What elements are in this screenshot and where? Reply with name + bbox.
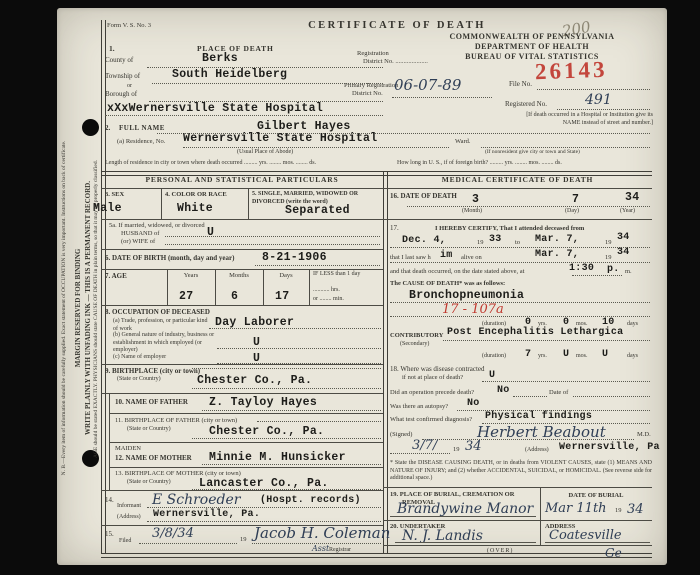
burial-date-value: Mar 11th	[545, 501, 607, 516]
occupation-b-label: (b) General nature of industry, business…	[113, 332, 215, 355]
abode-note: (Usual Place of Abode)	[237, 149, 293, 157]
md-label: M.D.	[637, 431, 651, 439]
operation-label: Did an operation precede death?	[390, 389, 474, 397]
informant-number: 14.	[105, 496, 114, 505]
signed-year-prefix: 19	[453, 446, 460, 454]
last-saw-fill: im	[440, 250, 453, 261]
filed-number: 15.	[105, 530, 114, 539]
spouse-label: 5a. If married, widowed, or divorced	[109, 222, 205, 230]
burial-date-year: 34	[627, 502, 644, 517]
test-value: Physical findings	[485, 411, 592, 422]
commonwealth-line: COMMONWEALTH OF PENNSYLVANIA	[412, 32, 652, 42]
signed-label: (Signed)	[390, 431, 412, 439]
physician-address-label: (Address)	[525, 447, 549, 455]
maiden-label: MAIDEN	[115, 445, 141, 453]
dod-year-label: (Year)	[620, 208, 635, 216]
foreign-birth-line: How long in U. S., if of foreign birth? …	[397, 160, 562, 168]
last-saw-date: Mar. 7,	[535, 249, 579, 260]
duration2-label: (duration)	[482, 353, 506, 361]
age-less-label: IF LESS than 1 day	[313, 271, 381, 279]
birthplace-label2: (State or Country)	[117, 376, 161, 384]
date-of-death-label: 16. DATE OF DEATH	[390, 192, 457, 201]
burial-date-label: DATE OF BURIAL	[543, 492, 649, 500]
place-of-death-number: 1.	[109, 44, 115, 53]
county-label: County of	[105, 56, 133, 65]
contracted-label: 18. Where was disease contracted	[390, 365, 485, 374]
registered-no-value: 491	[585, 92, 612, 108]
mother-label: 12. NAME OF MOTHER	[115, 454, 192, 463]
primary-registration-label2: District No.	[352, 90, 383, 98]
certify-number: 17.	[390, 224, 399, 233]
last-saw-year: 34	[617, 247, 630, 258]
occupation-label: 8. OCCUPATION OF DECEASED	[105, 308, 210, 317]
duration2-months: U	[563, 349, 569, 360]
registration-district-label: Registration	[357, 50, 389, 58]
informant-label: Informant	[117, 503, 141, 511]
medical-section-header: MEDICAL CERTIFICATE OF DEATH	[383, 175, 652, 184]
cause-of-death-label: The CAUSE OF DEATH* was as follows:	[390, 280, 505, 288]
duration2-days: U	[602, 349, 608, 360]
margin-note-binding: MARGIN RESERVED FOR BINDING	[74, 92, 83, 524]
age-days-label: Days	[263, 272, 309, 280]
registrar-prefix: Asst	[312, 544, 329, 553]
autopsy-value: No	[467, 398, 480, 409]
informant-note: (Hospt. records)	[260, 495, 361, 506]
certificate-title: CERTIFICATE OF DEATH	[297, 20, 497, 31]
duration1-days-label: days	[627, 321, 638, 329]
age-years-label: Years	[167, 272, 215, 280]
attended-from-year: 33	[489, 234, 502, 245]
handwritten-check-mark: Ge	[605, 546, 622, 560]
age-hrs-line: ........... hrs.	[313, 287, 340, 295]
county-value: Berks	[202, 52, 238, 65]
operation-value: No	[497, 385, 510, 396]
form-bottom-border	[101, 553, 652, 558]
burial-place-label: 19. PLACE OF BURIAL, CREMATION OR	[390, 491, 514, 499]
dod-year-value: 34	[625, 191, 639, 204]
race-value: White	[177, 202, 213, 215]
residence-value: Wernersville State Hospital	[183, 132, 377, 145]
dod-month-label: (Month)	[462, 208, 482, 216]
operation-date-label: Date of	[549, 389, 568, 397]
birthplace-label: 9. BIRTHPLACE (city or town)	[105, 367, 200, 376]
duration2-yrs-label: yrs.	[538, 353, 547, 361]
signed-year: 34	[465, 439, 482, 454]
occupation-c-label: (c) Name of employer	[113, 354, 166, 362]
dod-day-label: (Day)	[565, 208, 579, 216]
duration2-years: 7	[525, 349, 531, 360]
burial-place-value: Brandywine Manor	[397, 501, 533, 517]
physician-address-value: Wernersville, Pa	[559, 442, 660, 453]
margin-note-nb: N. B.—Every item of information should b…	[61, 92, 75, 524]
township-label: Township of	[105, 72, 140, 81]
file-no-label: File No.	[509, 80, 532, 89]
signed-date: 3/7/	[412, 438, 437, 453]
m-label: m.	[625, 268, 632, 276]
borough-label: Borough of	[105, 90, 137, 99]
filed-date: 3/8/34	[152, 526, 194, 541]
death-time-label: and that death occurred, on the date sta…	[390, 268, 524, 276]
form-left-border	[101, 20, 106, 553]
secondary-label: (Secondary)	[400, 341, 429, 349]
bureau-line: BUREAU OF VITAL STATISTICS	[412, 52, 652, 62]
duration2-days-label: days	[627, 353, 638, 361]
registrar-signature: Jacob H. Coleman	[254, 524, 390, 542]
death-time-value: 1:30	[569, 263, 594, 274]
township-value: South Heidelberg	[172, 68, 287, 81]
contributory-value: Post Encephalitis Lethargica	[447, 327, 623, 338]
filed-label: Filed	[119, 538, 131, 546]
certificate-paper: N. B.—Every item of information should b…	[57, 8, 667, 565]
margin-note-permanent: WRITE PLAINLY WITH UNFADING INK — THIS I…	[84, 92, 93, 524]
column-divider	[383, 171, 388, 553]
registrar-label: Registrar	[329, 547, 351, 555]
sex-value: Male	[93, 202, 122, 215]
over-label: (OVER)	[487, 548, 513, 556]
father-birthplace-label2: (State or Country)	[127, 426, 171, 434]
undertaker-address-value: Coatesville	[549, 528, 622, 543]
marital-value: Separated	[285, 204, 350, 217]
nonresident-note: (If nonresident give city or town and St…	[485, 149, 580, 156]
age-months-label: Months	[215, 272, 263, 280]
informant-address-label: (Address)	[117, 514, 141, 522]
photo-background: { "colors":{"stamp_red":"#c0392f","ink_b…	[0, 0, 700, 575]
race-label: 4. COLOR OR RACE	[165, 191, 227, 199]
contributory-label: CONTRIBUTORY	[390, 332, 443, 340]
ward-label: Ward.	[455, 138, 471, 146]
age-months-value: 6	[231, 290, 238, 303]
sex-label: 3. SEX	[105, 191, 124, 199]
cause-footnote: * State the DISEASE CAUSING DEATH, or in…	[390, 460, 652, 483]
personal-section-header: PERSONAL AND STATISTICAL PARTICULARS	[101, 175, 383, 184]
age-min-line: or ........ min.	[313, 296, 344, 304]
attended-to-year: 34	[617, 232, 630, 243]
occupation-a-label: (a) Trade, profession, or particular kin…	[113, 318, 209, 333]
certify-text: I HEREBY CERTIFY, That I attended deceas…	[435, 225, 584, 233]
full-name-number: 2.	[105, 124, 110, 133]
filed-year-prefix: 19	[240, 536, 247, 544]
primary-registration-value: 06-07-89	[394, 76, 461, 94]
spouse-value: U	[207, 226, 214, 239]
registration-district-label2: District No. ....................	[363, 58, 428, 66]
department-line: DEPARTMENT OF HEALTH	[412, 42, 652, 52]
residence-label: (a) Residence, No.	[117, 138, 165, 146]
duration2-mos-label: mos.	[576, 353, 588, 361]
mother-birthplace-label2: (State or Country)	[127, 479, 171, 487]
institution-note: [If death occurred in a Hospital or Inst…	[525, 112, 653, 127]
age-years-value: 27	[179, 290, 193, 303]
test-label: What test confirmed diagnosis?	[390, 416, 472, 424]
father-birthplace-label: 11. BIRTHPLACE OF FATHER (city or town)	[115, 417, 237, 425]
attended-from-value: Dec. 4,	[402, 235, 446, 246]
father-label: 10. NAME OF FATHER	[115, 398, 188, 407]
contracted-label2: if not at place of death?	[402, 374, 463, 382]
autopsy-label: Was there an autopsy?	[390, 403, 448, 411]
father-value: Z. Tayloy Hayes	[209, 396, 317, 409]
attended-to-value: Mar. 7,	[535, 234, 579, 245]
burial-date-year-prefix: 19	[615, 507, 622, 515]
registered-no-label: Registered No.	[505, 100, 547, 109]
informant-address-value: Wernersville, Pa.	[153, 509, 260, 520]
age-days-value: 17	[275, 290, 289, 303]
residence-length-line: Length of residence in city or town wher…	[105, 160, 316, 168]
birth-date-value: 8-21-1906	[262, 251, 327, 264]
file-number-stamp: 26143	[535, 57, 608, 86]
husband-label: HUSBAND of	[121, 230, 159, 238]
wife-label: (or) WIFE of	[121, 238, 155, 246]
age-label: 7. AGE	[105, 272, 127, 281]
form-number: Form V. S. No. 3	[107, 22, 151, 30]
birthplace-value: Chester Co., Pa.	[197, 374, 312, 387]
birth-date-label: 6. DATE OF BIRTH (month, day and year)	[105, 254, 234, 263]
